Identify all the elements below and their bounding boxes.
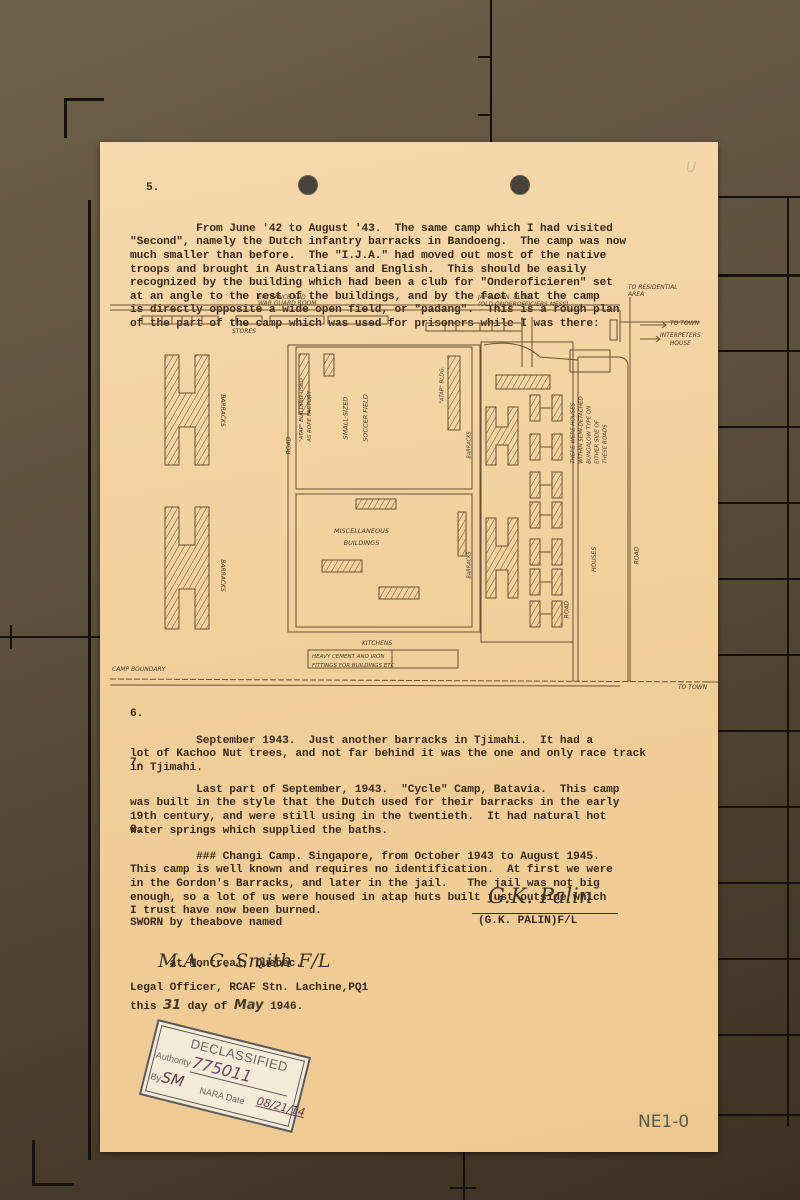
label-atap-bldg: "ATAP" BLDG. — [440, 366, 446, 403]
corner-mark — [32, 1140, 35, 1186]
officer-signature: M.A. C. Smith F/L — [158, 950, 330, 972]
grid-tick — [10, 625, 12, 649]
label-to-town-bottom: TO TOWN — [678, 684, 707, 691]
label-barracks: BARRACKS — [219, 559, 226, 592]
grid-line — [88, 200, 91, 1160]
label-entrance: ENTRANCE AND WAR GUARD ROOM — [258, 295, 316, 307]
label-stores: STORES — [232, 328, 256, 335]
label-barracks: BARRACKS — [219, 394, 226, 427]
corner-mark — [32, 1183, 74, 1186]
paragraph-line: ### Changi Camp. Singapore, from October… — [130, 851, 613, 865]
sworn-text: this — [130, 1001, 163, 1013]
label-jap-admin: JAP ADMIN. BLDG. (OLD ONDEROFFICIERS MES… — [478, 294, 568, 308]
label-road-mid: ROAD — [563, 601, 570, 619]
label-road-right: ROAD — [633, 547, 640, 565]
paragraph-number: 6. — [130, 708, 143, 722]
label-heavy-cement: HEAVY CEMENT AND IRON FITTINGS FOR BUILD… — [312, 653, 394, 671]
grid-line — [787, 196, 789, 1126]
document-page: U 5. From June '42 to August '43. The sa… — [100, 142, 718, 1152]
label-barracks: BARRACKS — [467, 551, 473, 578]
grid-line — [490, 0, 492, 142]
grid-tick — [450, 1187, 476, 1189]
grid-tick — [478, 56, 492, 58]
paragraph-line: This camp is well known and requires no … — [130, 864, 613, 878]
label-bungalow-note: THERE WERE HOUSES WITHIN SEMI-DETACHED B… — [570, 396, 610, 463]
label-road-left: ROAD — [285, 437, 292, 455]
paragraph-number: 7. — [130, 757, 143, 771]
page-mark: NE1-0 — [638, 1112, 689, 1132]
sworn-line-3: this 31 day of May 1946. — [130, 999, 303, 1015]
label-kitchens: KITCHENS — [362, 640, 392, 647]
label-atap-rope-factory: "ATAP" BUILDING USED AS ROPE FACTORY — [298, 378, 314, 442]
label-to-town: TO TOWN — [670, 320, 699, 327]
label-interpreters-house: INTERPETERS HOUSE — [660, 332, 701, 348]
paragraph-line: Last part of September, 1943. "Cycle" Ca… — [130, 784, 619, 798]
signature-line — [472, 913, 618, 914]
grid-tick — [478, 114, 492, 116]
label-misc-buildings: MISCELLANEOUS BUILDINGS — [334, 525, 389, 549]
grid-line — [463, 1152, 465, 1200]
officer-title: Legal Officer, RCAF Stn. Lachine,PQ1 — [130, 982, 368, 996]
paragraph-line: was built in the style that the Dutch us… — [130, 797, 619, 811]
corner-mark — [64, 98, 67, 138]
label-to-residential: TO RESIDENTIAL AREA — [628, 284, 678, 298]
sworn-text: day of — [181, 1001, 234, 1013]
sworn-month: May — [234, 998, 263, 1013]
signatory-name: (G.K. PALIN)F/L — [478, 915, 577, 929]
corner-mark — [64, 98, 104, 101]
label-barracks: BARRACKS — [467, 431, 473, 458]
palin-signature: G.K. Palin — [488, 884, 592, 908]
sworn-line-1: SWORN by theabove named — [130, 917, 303, 931]
sworn-day: 31 — [163, 998, 181, 1013]
label-camp-boundary: CAMP BOUNDARY — [112, 666, 165, 673]
label-houses: HOUSES — [591, 547, 598, 572]
label-soccer-field: SMALL-SIZED SOCCER FIELD — [336, 394, 376, 441]
paragraph-number: 8. — [130, 824, 143, 838]
sworn-text: 1946. — [263, 1001, 303, 1013]
camp-plan-drawing — [100, 142, 718, 702]
grid-line — [0, 636, 100, 638]
